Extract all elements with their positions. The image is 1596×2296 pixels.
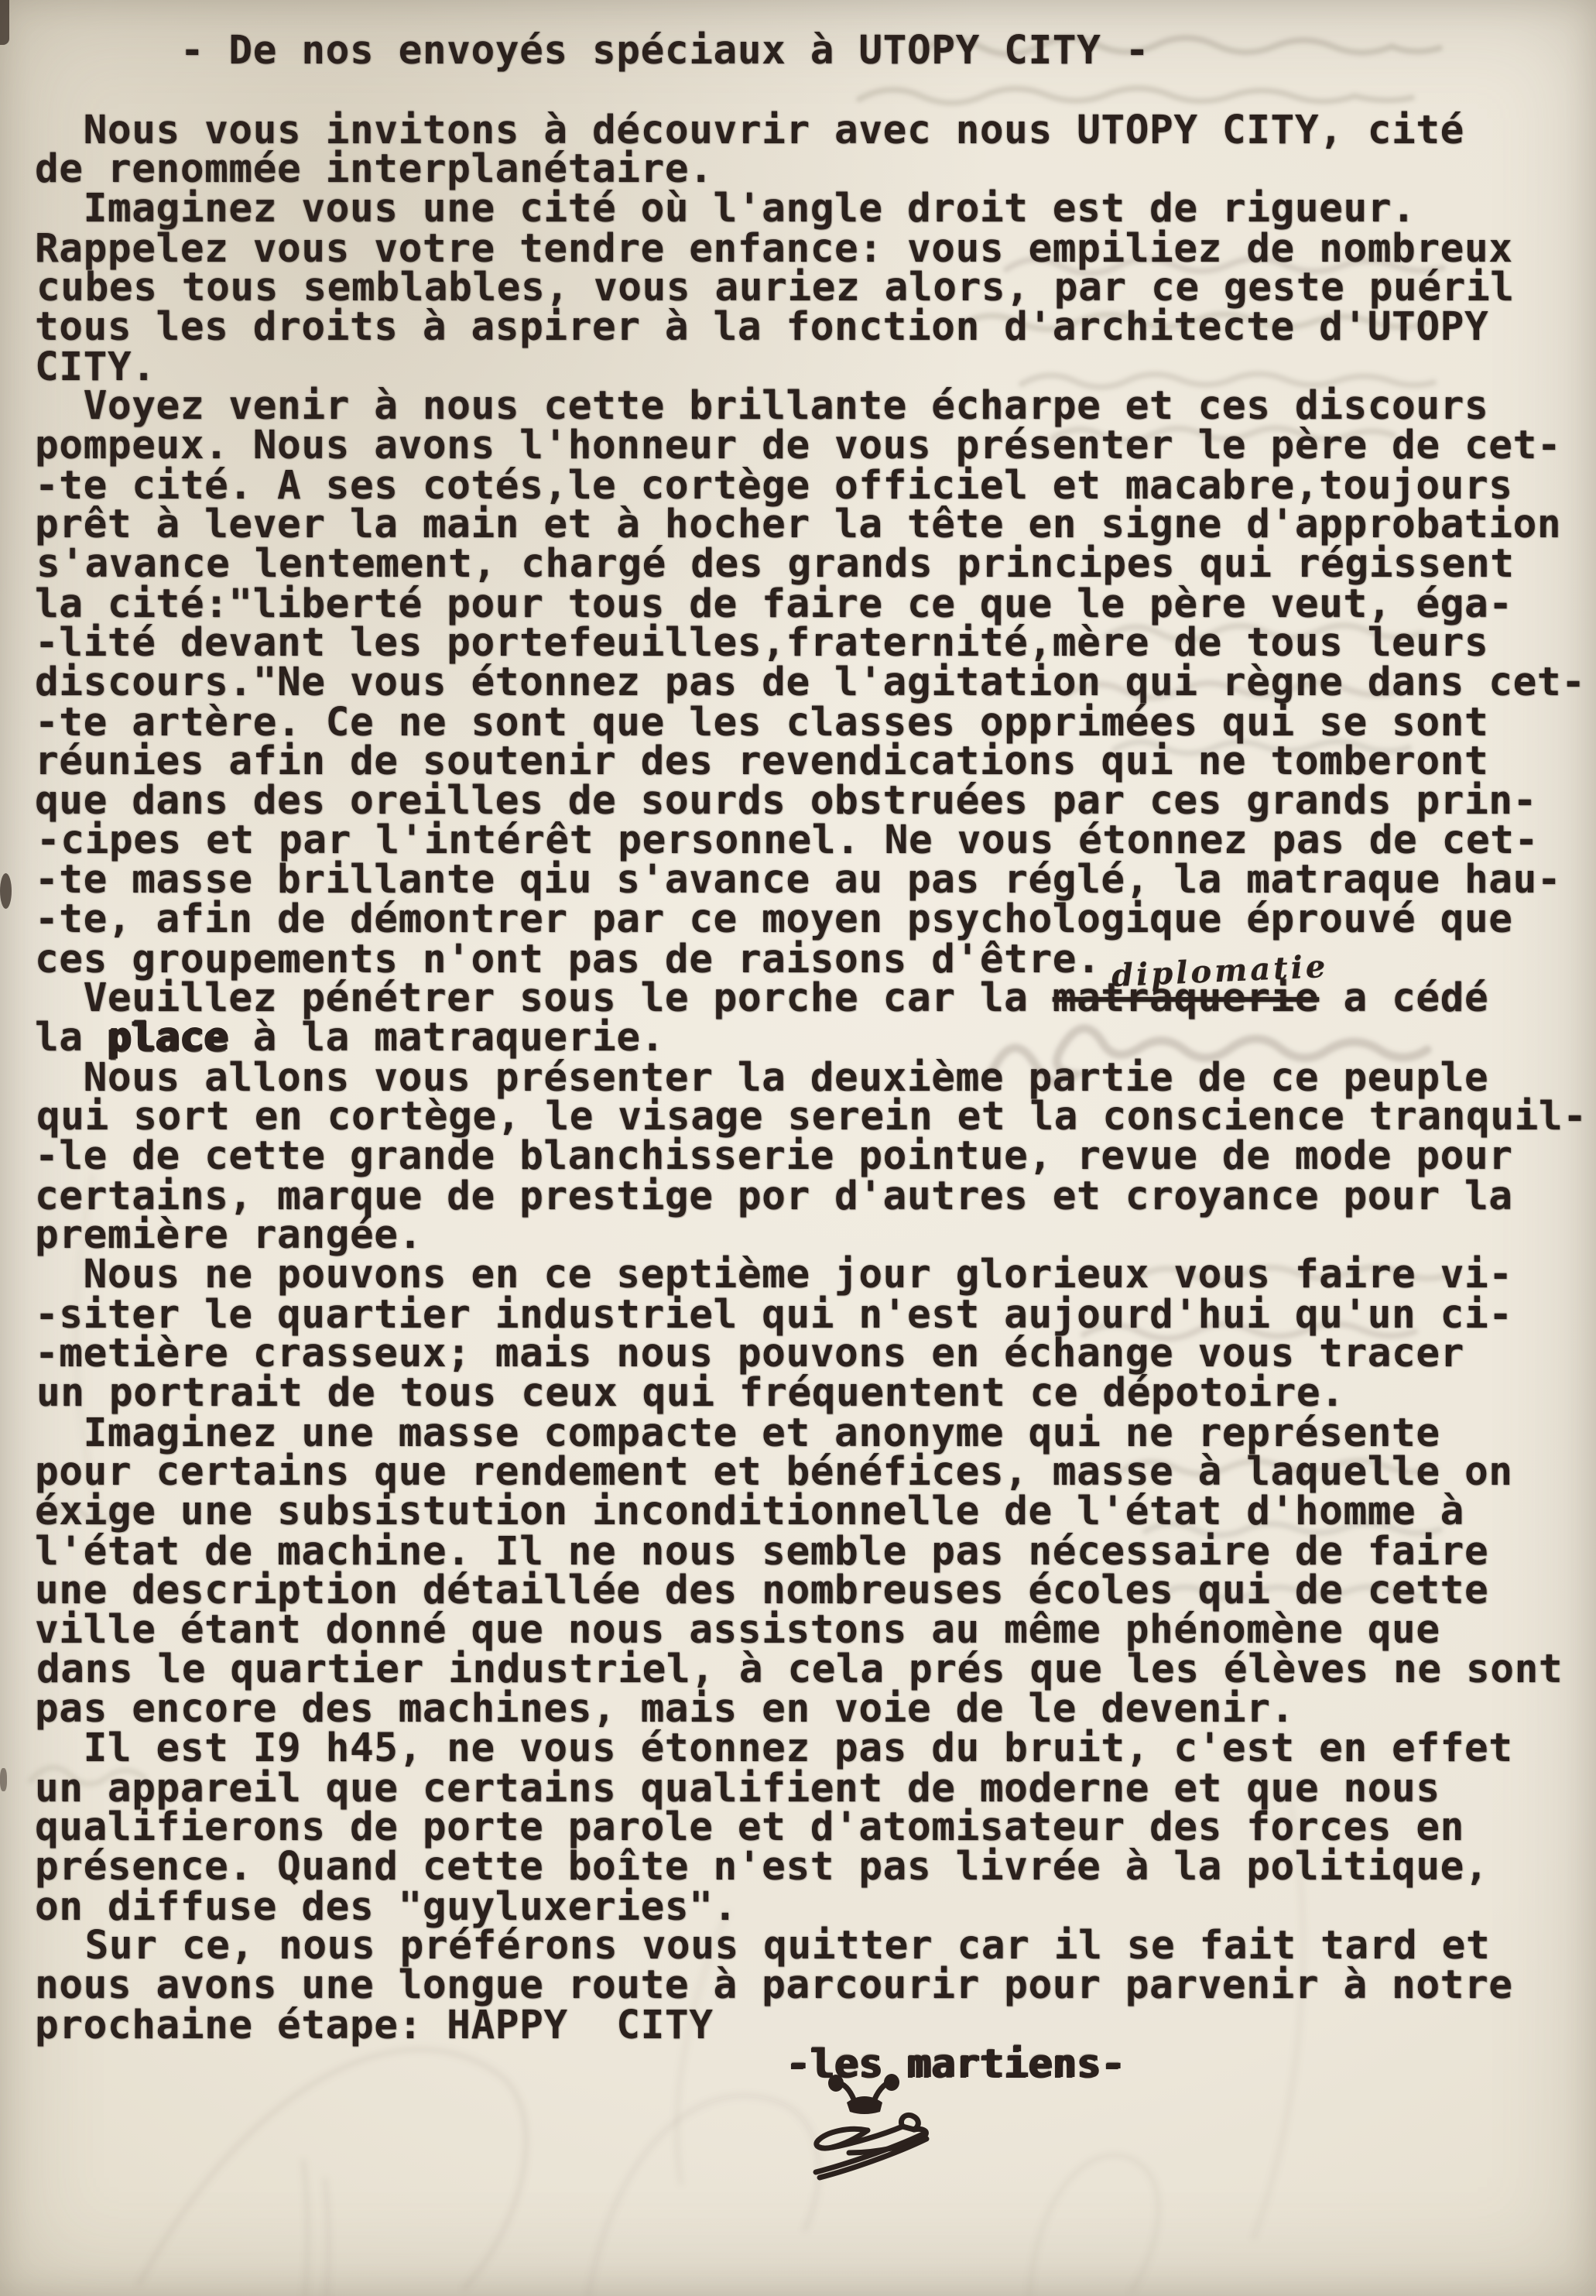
text-line: -te masse brillante qiu s'avance au pas …	[35, 860, 1591, 900]
text-line: Sur ce, nous préférons vous quitter car …	[36, 1926, 1592, 1965]
scan-ink-blot	[0, 873, 12, 909]
text-line: que dans des oreilles de sourds obstruée…	[35, 781, 1591, 821]
text-line: prochaine étape: HAPPY CITY	[35, 2006, 1591, 2045]
text-line: s'avance lentement, chargé des grands pr…	[36, 544, 1592, 584]
text-line: Il est I9 h45, ne vous étonnez pas du br…	[35, 1729, 1591, 1768]
signature-text: -les martiens-	[786, 2041, 1125, 2087]
scan-edge-mark	[0, 0, 9, 45]
text-line: la place à la matraquerie.	[35, 1018, 1591, 1057]
text-line: -le de cette grande blanchisserie pointu…	[35, 1136, 1591, 1176]
text-line: -lité devant les portefeuilles,fraternit…	[35, 623, 1591, 663]
scan-ink-blot	[0, 1768, 7, 1791]
text-line: première rangée.	[35, 1215, 1591, 1255]
text-line: ville étant donné que nous assistons au …	[35, 1610, 1591, 1650]
text-line: cubes tous semblables, vous auriez alors…	[36, 268, 1592, 307]
text-line: certains, marque de prestige por d'autre…	[35, 1177, 1591, 1216]
text-line: un appareil que certains qualifient de m…	[35, 1769, 1591, 1808]
text-line: dans le quartier industriel, à cela prés…	[36, 1650, 1592, 1689]
text-line: Nous vous invitons à découvrir avec nous…	[35, 111, 1591, 150]
text-line: réunies afin de soutenir des revendicati…	[35, 742, 1591, 781]
text-line: Veuillez pénétrer sous le porche car la …	[35, 978, 1591, 1018]
text-line	[35, 70, 1591, 110]
document-text: - De nos envoyés spéciaux à UTOPY CITY -…	[35, 31, 1591, 2084]
text-line: pas encore des machines, mais en voie de…	[35, 1689, 1591, 1729]
text-line: Nous allons vous présenter la deuxième p…	[35, 1058, 1591, 1098]
text-line: Rappelez vous votre tendre enfance: vous…	[35, 229, 1591, 269]
text-line: nous avons une longue route à parcourir …	[35, 1965, 1591, 2005]
text-line: prêt à lever la main et à hocher la tête…	[35, 505, 1591, 544]
text-line: qui sort en cortège, le visage serein et…	[36, 1097, 1592, 1136]
text-line: Imaginez une masse compacte et anonyme q…	[35, 1414, 1591, 1453]
overtyped-word: place	[108, 1015, 229, 1061]
text-line: éxige une subsistution inconditionnelle …	[35, 1492, 1591, 1531]
text-line: pompeux. Nous avons l'honneur de vous pr…	[35, 426, 1591, 465]
text-segment: la	[35, 1015, 108, 1061]
text-line: de renommée interplanétaire.	[35, 149, 1591, 189]
text-line: Nous ne pouvons en ce septième jour glor…	[35, 1255, 1591, 1294]
text-line: la cité:"liberté pour tous de faire ce q…	[35, 584, 1591, 624]
text-line: - De nos envoyés spéciaux à UTOPY CITY -	[35, 31, 1591, 70]
text-line: pour certains que rendement et bénéfices…	[35, 1452, 1591, 1492]
text-line: -te, afin de démontrer par ce moyen psyc…	[35, 900, 1591, 939]
text-line: on diffuse des "guyluxeries".	[35, 1887, 1591, 1927]
scanned-letter-page: - De nos envoyés spéciaux à UTOPY CITY -…	[0, 0, 1596, 2296]
text-segment: ces groupements n'ont pas de raisons d'ê…	[35, 937, 1101, 982]
text-line: Voyez venir à nous cette brillante échar…	[35, 386, 1591, 426]
text-line: un portrait de tous ceux qui fréquentent…	[36, 1373, 1592, 1413]
text-line: CITY.	[35, 348, 1591, 387]
text-line: l'état de machine. Il ne nous semble pas…	[35, 1532, 1591, 1571]
text-line: qualifierons de porte parole et d'atomis…	[35, 1808, 1591, 1847]
text-line: discours."Ne vous étonnez pas de l'agita…	[35, 663, 1591, 702]
text-line: ces groupements n'ont pas de raisons d'ê…	[35, 940, 1591, 979]
text-segment: à la matraquerie.	[228, 1015, 664, 1061]
text-line: Imaginez vous une cité où l'angle droit …	[35, 189, 1591, 228]
text-line: -te cité. A ses cotés,le cortège officie…	[35, 466, 1591, 505]
text-line: tous les droits à aspirer à la fonction …	[35, 307, 1591, 347]
text-line: -cipes et par l'intérêt personnel. Ne vo…	[36, 821, 1592, 860]
text-line: -siter le quartier industriel qui n'est …	[35, 1295, 1591, 1335]
text-line: -metière crasseux; mais nous pouvons en …	[35, 1334, 1591, 1373]
text-line: -les martiens-	[35, 2044, 1591, 2084]
text-line: présence. Quand cette boîte n'est pas li…	[35, 1847, 1591, 1886]
text-line: une description détaillée des nombreuses…	[35, 1571, 1591, 1610]
text-segment: a cédé	[1319, 975, 1488, 1021]
text-line: -te artère. Ce ne sont que les classes o…	[35, 703, 1591, 742]
